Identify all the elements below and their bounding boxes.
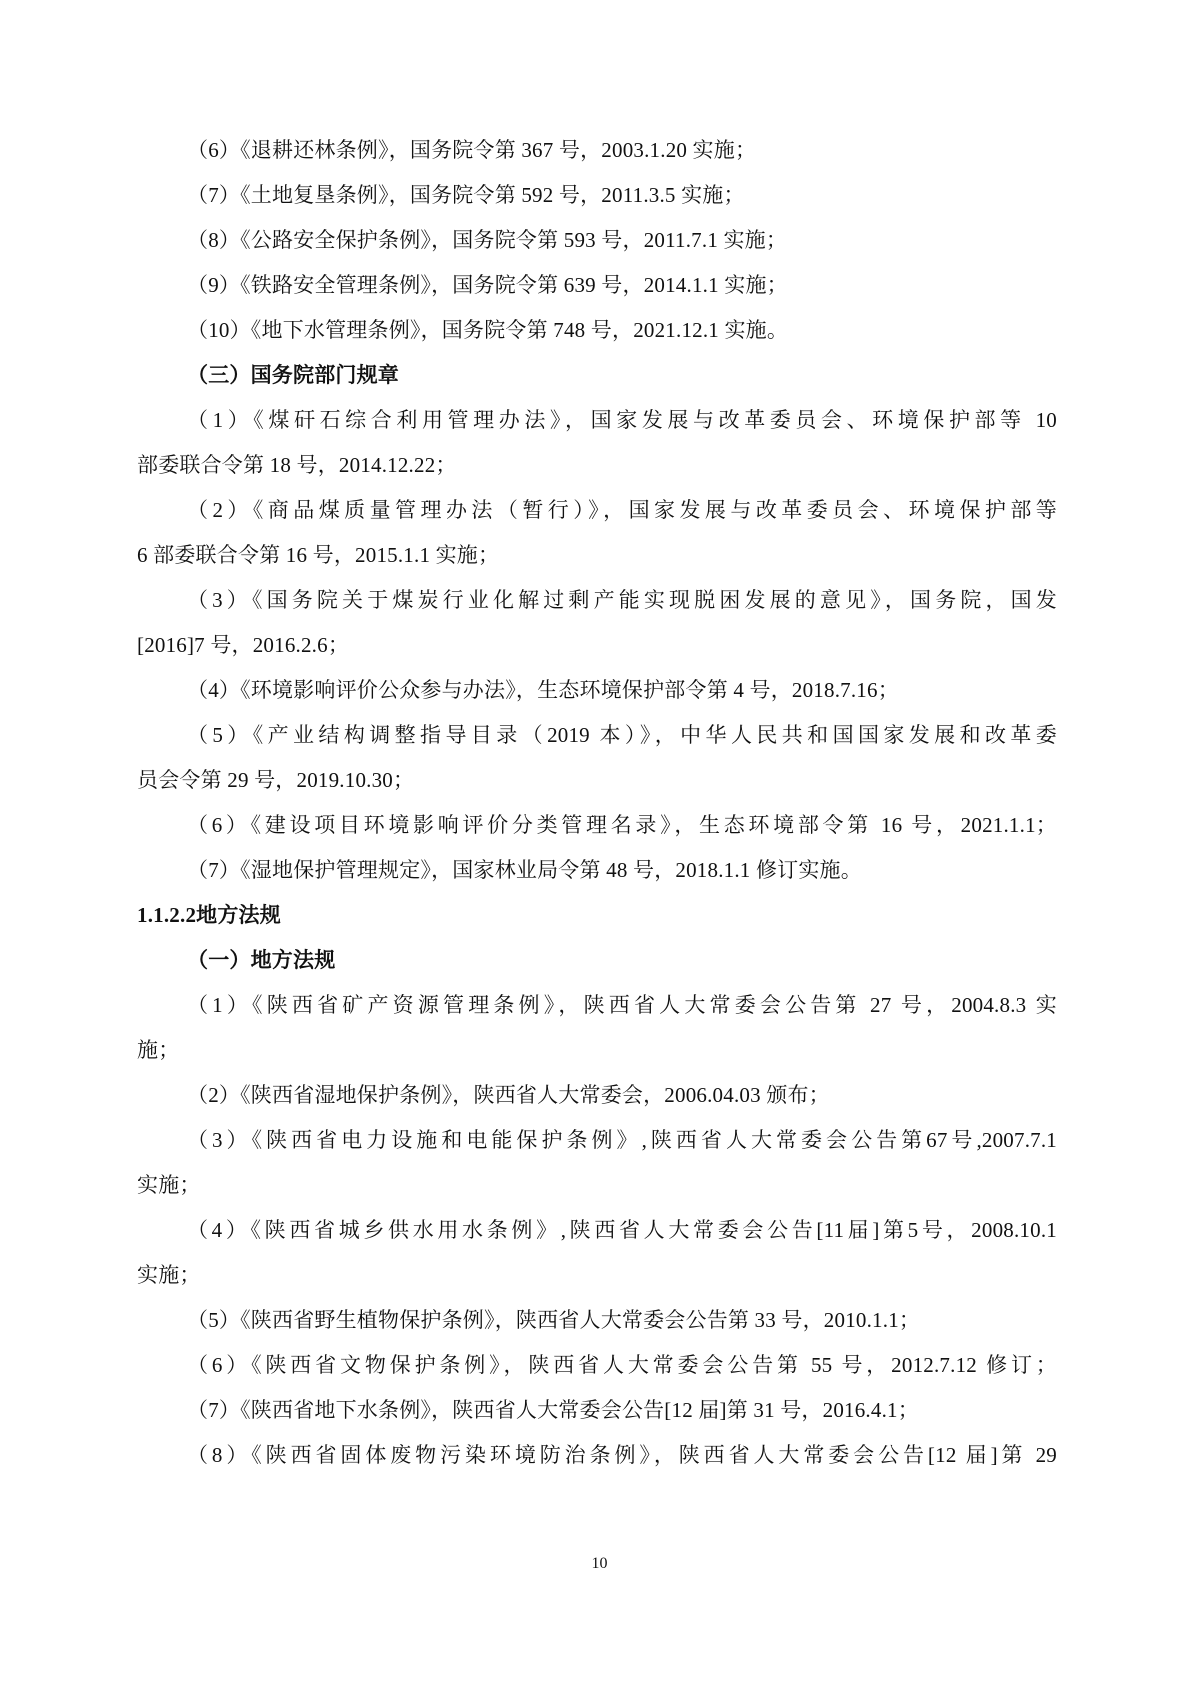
local-item-8-line-1: （8）《陕西省固体废物污染环境防治条例》，陕西省人大常委会公告[12 届]第 2… bbox=[137, 1433, 1057, 1478]
regulation-item-6-tuigeng: （6）《退耕还林条例》，国务院令第 367 号，2003.1.20 实施； bbox=[137, 128, 1057, 173]
document-page: （6）《退耕还林条例》，国务院令第 367 号，2003.1.20 实施； （7… bbox=[0, 0, 1199, 1696]
local-item-3-line-1: （3）《陕西省电力设施和电能保护条例》,陕西省人大常委会公告第67号,2007.… bbox=[137, 1118, 1057, 1163]
rule-item-6: （6）《建设项目环境影响评价分类管理名录》，生态环境部令第 16 号，2021.… bbox=[137, 803, 1057, 848]
document-body: （6）《退耕还林条例》，国务院令第 367 号，2003.1.20 实施； （7… bbox=[137, 128, 1057, 1478]
regulation-item-10-dixiashui: （10）《地下水管理条例》，国务院令第 748 号，2021.12.1 实施。 bbox=[137, 308, 1057, 353]
rule-item-2-line-1: （2）《商品煤质量管理办法（暂行）》，国家发展与改革委员会、环境保护部等 bbox=[137, 488, 1057, 533]
local-item-1-line-1: （1）《陕西省矿产资源管理条例》，陕西省人大常委会公告第 27 号，2004.8… bbox=[137, 983, 1057, 1028]
local-item-3-line-2: 实施； bbox=[137, 1163, 1057, 1208]
rule-item-5-line-2: 员会令第 29 号，2019.10.30； bbox=[137, 758, 1057, 803]
rule-item-1-line-2: 部委联合令第 18 号，2014.12.22； bbox=[137, 443, 1057, 488]
rule-item-4: （4）《环境影响评价公众参与办法》，生态环境保护部令第 4 号，2018.7.1… bbox=[137, 668, 1057, 713]
local-item-1-line-2: 施； bbox=[137, 1028, 1057, 1073]
section-heading-state-council-rules: （三）国务院部门规章 bbox=[137, 353, 1057, 398]
regulation-item-9-tielu: （9）《铁路安全管理条例》，国务院令第 639 号，2014.1.1 实施； bbox=[137, 263, 1057, 308]
subsection-heading-local-regulations: 1.1.2.2地方法规 bbox=[137, 893, 1057, 938]
local-item-7: （7）《陕西省地下水条例》，陕西省人大常委会公告[12 届]第 31 号，201… bbox=[137, 1388, 1057, 1433]
page-number: 10 bbox=[0, 1555, 1199, 1573]
rule-item-3-line-1: （3）《国务院关于煤炭行业化解过剩产能实现脱困发展的意见》，国务院，国发 bbox=[137, 578, 1057, 623]
rule-item-5-line-1: （5）《产业结构调整指导目录（2019 本）》，中华人民共和国国家发展和改革委 bbox=[137, 713, 1057, 758]
section-heading-local-regulations: （一）地方法规 bbox=[137, 938, 1057, 983]
local-item-2: （2）《陕西省湿地保护条例》，陕西省人大常委会，2006.04.03 颁布； bbox=[137, 1073, 1057, 1118]
regulation-item-7-tudi: （7）《土地复垦条例》，国务院令第 592 号，2011.3.5 实施； bbox=[137, 173, 1057, 218]
rule-item-1-line-1: （1）《煤矸石综合利用管理办法》，国家发展与改革委员会、环境保护部等 10 bbox=[137, 398, 1057, 443]
local-item-4-line-1: （4）《陕西省城乡供水用水条例》,陕西省人大常委会公告[11届]第5号，2008… bbox=[137, 1208, 1057, 1253]
local-item-5: （5）《陕西省野生植物保护条例》，陕西省人大常委会公告第 33 号，2010.1… bbox=[137, 1298, 1057, 1343]
local-item-6: （6）《陕西省文物保护条例》，陕西省人大常委会公告第 55 号，2012.7.1… bbox=[137, 1343, 1057, 1388]
local-item-4-line-2: 实施； bbox=[137, 1253, 1057, 1298]
rule-item-3-line-2: [2016]7 号，2016.2.6； bbox=[137, 623, 1057, 668]
rule-item-2-line-2: 6 部委联合令第 16 号，2015.1.1 实施； bbox=[137, 533, 1057, 578]
regulation-item-8-gonglu: （8）《公路安全保护条例》，国务院令第 593 号，2011.7.1 实施； bbox=[137, 218, 1057, 263]
rule-item-7: （7）《湿地保护管理规定》，国家林业局令第 48 号，2018.1.1 修订实施… bbox=[137, 848, 1057, 893]
